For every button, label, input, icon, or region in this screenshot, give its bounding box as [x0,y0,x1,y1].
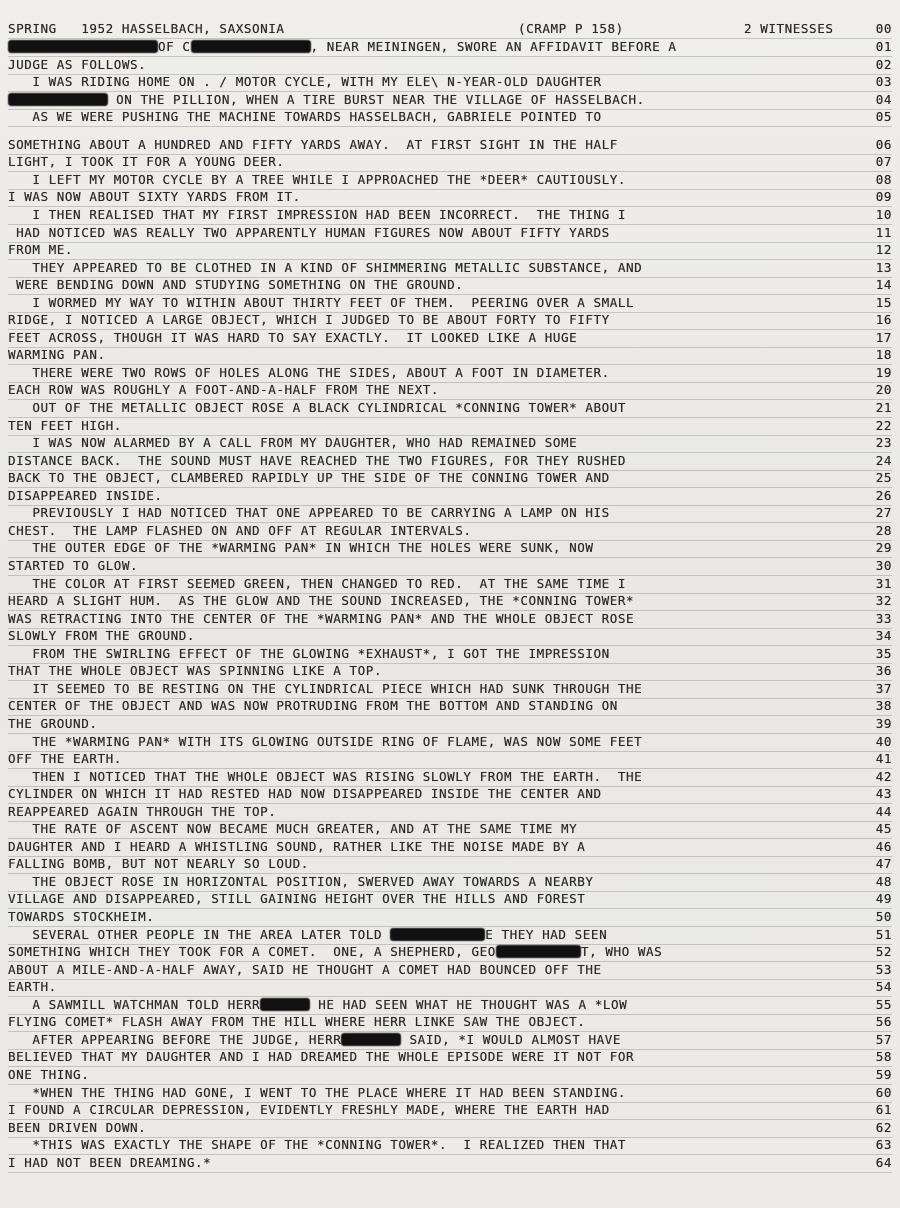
document-line: I WAS NOW ABOUT SIXTY YARDS FROM IT.09 [8,188,892,207]
line-number: 61 [876,1101,892,1119]
line-text: WARMING PAN. [8,346,106,364]
document-line: FEET ACROSS, THOUGH IT WAS HARD TO SAY E… [8,329,892,348]
line-number: 48 [876,873,892,891]
document-line: THEY APPEARED TO BE CLOTHED IN A KIND OF… [8,259,892,278]
document-line: THE RATE OF ASCENT NOW BECAME MUCH GREAT… [8,820,892,839]
document-line: VILLAGE AND DISAPPEARED, STILL GAINING H… [8,890,892,909]
line-number: 22 [876,417,892,435]
document-line: DISAPPEARED INSIDE.26 [8,487,892,506]
document-line: ABOUT A MILE-AND-A-HALF AWAY, SAID HE TH… [8,961,892,980]
redaction-block [260,998,310,1011]
line-text: CYLINDER ON WHICH IT HAD RESTED HAD NOW … [8,785,602,803]
document-line: EACH ROW WAS ROUGHLY A FOOT-AND-A-HALF F… [8,381,892,400]
line-number: 23 [876,434,892,452]
line-number: 05 [876,108,892,126]
line-text: THE OUTER EDGE OF THE *WARMING PAN* IN W… [8,539,594,557]
line-number: 52 [876,943,892,961]
line-text: I WAS NOW ALARMED BY A CALL FROM MY DAUG… [8,434,577,452]
line-text: SEVERAL OTHER PEOPLE IN THE AREA LATER T… [8,926,607,944]
line-number: 15 [876,294,892,312]
line-number: 21 [876,399,892,417]
document-line: REAPPEARED AGAIN THROUGH THE TOP.44 [8,803,892,822]
line-number: 12 [876,241,892,259]
line-text: EARTH. [8,978,57,996]
document-line: SOMETHING ABOUT A HUNDRED AND FIFTY YARD… [8,136,892,155]
document-line: THEN I NOTICED THAT THE WHOLE OBJECT WAS… [8,768,892,787]
line-number: 34 [876,627,892,645]
line-number: 24 [876,452,892,470]
redaction-block [496,945,581,958]
line-text: FLYING COMET* FLASH AWAY FROM THE HILL W… [8,1013,585,1031]
line-text: REAPPEARED AGAIN THROUGH THE TOP. [8,803,276,821]
line-number: 13 [876,259,892,277]
document-line: ONE THING.59 [8,1066,892,1085]
line-text: I LEFT MY MOTOR CYCLE BY A TREE WHILE I … [8,171,626,189]
document-line: AFTER APPEARING BEFORE THE JUDGE, HERR S… [8,1031,892,1050]
document-line: HEARD A SLIGHT HUM. AS THE GLOW AND THE … [8,592,892,611]
line-text: ONE THING. [8,1066,89,1084]
line-text: BELIEVED THAT MY DAUGHTER AND I HAD DREA… [8,1048,634,1066]
line-text: I WAS RIDING HOME ON . / MOTOR CYCLE, WI… [8,73,602,91]
document-line: BELIEVED THAT MY DAUGHTER AND I HAD DREA… [8,1048,892,1067]
line-text: OUT OF THE METALLIC OBJECT ROSE A BLACK … [8,399,626,417]
document-line: THERE WERE TWO ROWS OF HOLES ALONG THE S… [8,364,892,383]
line-number: 49 [876,890,892,908]
line-text: EACH ROW WAS ROUGHLY A FOOT-AND-A-HALF F… [8,381,439,399]
line-text: AFTER APPEARING BEFORE THE JUDGE, HERR S… [8,1031,621,1049]
line-number: 10 [876,206,892,224]
header-witnesses: 2 WITNESSES [744,20,833,38]
line-text: OFF THE EARTH. [8,750,122,768]
line-number: 16 [876,311,892,329]
line-text: SOMETHING WHICH THEY TOOK FOR A COMET. O… [8,943,662,961]
line-text: I FOUND A CIRCULAR DEPRESSION, EVIDENTLY… [8,1101,610,1119]
line-number: 55 [876,996,892,1014]
line-number: 57 [876,1031,892,1049]
line-text: THEN I NOTICED THAT THE WHOLE OBJECT WAS… [8,768,642,786]
line-number: 32 [876,592,892,610]
document-line: RIDGE, I NOTICED A LARGE OBJECT, WHICH I… [8,311,892,330]
line-text: THEY APPEARED TO BE CLOTHED IN A KIND OF… [8,259,642,277]
redaction-block [8,93,108,106]
document-line: WARMING PAN.18 [8,346,892,365]
redaction-block [8,40,158,53]
line-text: VILLAGE AND DISAPPEARED, STILL GAINING H… [8,890,585,908]
line-number: 56 [876,1013,892,1031]
line-number: 25 [876,469,892,487]
document-line: OF C, NEAR MEININGEN, SWORE AN AFFIDAVIT… [8,38,892,57]
line-number: 60 [876,1084,892,1102]
line-text: I WORMED MY WAY TO WITHIN ABOUT THIRTY F… [8,294,634,312]
document-line: CYLINDER ON WHICH IT HAD RESTED HAD NOW … [8,785,892,804]
line-text: SLOWLY FROM THE GROUND. [8,627,195,645]
header-title: SPRING 1952 HASSELBACH, SAXSONIA [8,20,285,38]
line-text: TOWARDS STOCKHEIM. [8,908,154,926]
line-text: BEEN DRIVEN DOWN. [8,1119,146,1137]
document-line: *THIS WAS EXACTLY THE SHAPE OF THE *CONN… [8,1136,892,1155]
line-number: 59 [876,1066,892,1084]
line-number: 07 [876,153,892,171]
line-number: 26 [876,487,892,505]
line-number: 28 [876,522,892,540]
document-line: OUT OF THE METALLIC OBJECT ROSE A BLACK … [8,399,892,418]
document-line: THE *WARMING PAN* WITH ITS GLOWING OUTSI… [8,733,892,752]
line-number: 64 [876,1154,892,1172]
line-number: 33 [876,610,892,628]
document-line: I HAD NOT BEEN DREAMING.*64 [8,1154,892,1173]
line-number: 17 [876,329,892,347]
document-line: STARTED TO GLOW.30 [8,557,892,576]
document-line: BACK TO THE OBJECT, CLAMBERED RAPIDLY UP… [8,469,892,488]
document-line: I WAS NOW ALARMED BY A CALL FROM MY DAUG… [8,434,892,453]
document-page: SPRING 1952 HASSELBACH, SAXSONIA (CRAMP … [0,0,900,1208]
line-number: 00 [876,20,892,38]
line-text: THE GROUND. [8,715,97,733]
line-text: ABOUT A MILE-AND-A-HALF AWAY, SAID HE TH… [8,961,602,979]
document-line: WAS RETRACTING INTO THE CENTER OF THE *W… [8,610,892,629]
document-line: OFF THE EARTH.41 [8,750,892,769]
line-number: 41 [876,750,892,768]
line-text: FROM ME. [8,241,73,259]
document-line: THE GROUND.39 [8,715,892,734]
line-number: 35 [876,645,892,663]
line-text: WAS RETRACTING INTO THE CENTER OF THE *W… [8,610,634,628]
document-line: THAT THE WHOLE OBJECT WAS SPINNING LIKE … [8,662,892,681]
line-number: 36 [876,662,892,680]
line-text: I WAS NOW ABOUT SIXTY YARDS FROM IT. [8,188,301,206]
line-text: RIDGE, I NOTICED A LARGE OBJECT, WHICH I… [8,311,610,329]
document-line: I LEFT MY MOTOR CYCLE BY A TREE WHILE I … [8,171,892,190]
document-line: FLYING COMET* FLASH AWAY FROM THE HILL W… [8,1013,892,1032]
line-number: 02 [876,56,892,74]
document-line: AS WE WERE PUSHING THE MACHINE TOWARDS H… [8,108,892,127]
line-text: ON THE PILLION, WHEN A TIRE BURST NEAR T… [8,91,645,109]
line-number: 44 [876,803,892,821]
line-number: 06 [876,136,892,154]
line-text: HEARD A SLIGHT HUM. AS THE GLOW AND THE … [8,592,634,610]
document-line: THE COLOR AT FIRST SEEMED GREEN, THEN CH… [8,575,892,594]
line-text: I THEN REALISED THAT MY FIRST IMPRESSION… [8,206,626,224]
document-line: HAD NOTICED WAS REALLY TWO APPARENTLY HU… [8,224,892,243]
document-line: I WORMED MY WAY TO WITHIN ABOUT THIRTY F… [8,294,892,313]
document-line: I THEN REALISED THAT MY FIRST IMPRESSION… [8,206,892,225]
document-line: TEN FEET HIGH.22 [8,417,892,436]
document-line: JUDGE AS FOLLOWS.02 [8,56,892,75]
document-line: DISTANCE BACK. THE SOUND MUST HAVE REACH… [8,452,892,471]
line-number: 53 [876,961,892,979]
line-number: 51 [876,926,892,944]
line-number: 29 [876,539,892,557]
line-text: SOMETHING ABOUT A HUNDRED AND FIFTY YARD… [8,136,618,154]
document-line: SLOWLY FROM THE GROUND.34 [8,627,892,646]
document-line: ON THE PILLION, WHEN A TIRE BURST NEAR T… [8,91,892,110]
document-line: PREVIOUSLY I HAD NOTICED THAT ONE APPEAR… [8,504,892,523]
line-text: FROM THE SWIRLING EFFECT OF THE GLOWING … [8,645,610,663]
document-line: *WHEN THE THING HAD GONE, I WENT TO THE … [8,1084,892,1103]
redaction-block [341,1033,401,1046]
line-number: 39 [876,715,892,733]
line-number: 19 [876,364,892,382]
line-number: 08 [876,171,892,189]
document-line: THE OUTER EDGE OF THE *WARMING PAN* IN W… [8,539,892,558]
line-number: 43 [876,785,892,803]
line-number: 11 [876,224,892,242]
document-line: THE OBJECT ROSE IN HORIZONTAL POSITION, … [8,873,892,892]
document-line: FROM ME.12 [8,241,892,260]
document-line: SEVERAL OTHER PEOPLE IN THE AREA LATER T… [8,926,892,945]
line-number: 37 [876,680,892,698]
line-number: 01 [876,38,892,56]
redaction-block [191,40,311,53]
line-text: DISAPPEARED INSIDE. [8,487,163,505]
line-text: I HAD NOT BEEN DREAMING.* [8,1154,211,1172]
line-number: 58 [876,1048,892,1066]
line-text: TEN FEET HIGH. [8,417,122,435]
line-number: 20 [876,381,892,399]
redaction-block [390,928,485,941]
document-line: DAUGHTER AND I HEARD A WHISTLING SOUND, … [8,838,892,857]
line-number: 42 [876,768,892,786]
line-text: THE RATE OF ASCENT NOW BECAME MUCH GREAT… [8,820,577,838]
document-line: I WAS RIDING HOME ON . / MOTOR CYCLE, WI… [8,73,892,92]
document-line: CENTER OF THE OBJECT AND WAS NOW PROTRUD… [8,697,892,716]
line-number: 54 [876,978,892,996]
line-text: CENTER OF THE OBJECT AND WAS NOW PROTRUD… [8,697,618,715]
line-number: 40 [876,733,892,751]
line-number: 63 [876,1136,892,1154]
line-number: 45 [876,820,892,838]
document-line: LIGHT, I TOOK IT FOR A YOUNG DEER.07 [8,153,892,172]
line-text: *THIS WAS EXACTLY THE SHAPE OF THE *CONN… [8,1136,626,1154]
line-text: THERE WERE TWO ROWS OF HOLES ALONG THE S… [8,364,610,382]
line-text: JUDGE AS FOLLOWS. [8,56,146,74]
line-number: 14 [876,276,892,294]
line-text: FEET ACROSS, THOUGH IT WAS HARD TO SAY E… [8,329,577,347]
line-number: 31 [876,575,892,593]
line-number: 38 [876,697,892,715]
header-line: SPRING 1952 HASSELBACH, SAXSONIA (CRAMP … [8,20,892,39]
line-text: THE OBJECT ROSE IN HORIZONTAL POSITION, … [8,873,594,891]
line-text: *WHEN THE THING HAD GONE, I WENT TO THE … [8,1084,626,1102]
line-text: DAUGHTER AND I HEARD A WHISTLING SOUND, … [8,838,585,856]
line-text: CHEST. THE LAMP FLASHED ON AND OFF AT RE… [8,522,472,540]
line-number: 03 [876,73,892,91]
document-line: I FOUND A CIRCULAR DEPRESSION, EVIDENTLY… [8,1101,892,1120]
document-line: BEEN DRIVEN DOWN.62 [8,1119,892,1138]
line-number: 47 [876,855,892,873]
line-text: PREVIOUSLY I HAD NOTICED THAT ONE APPEAR… [8,504,610,522]
line-number: 18 [876,346,892,364]
line-text: BACK TO THE OBJECT, CLAMBERED RAPIDLY UP… [8,469,610,487]
line-text: STARTED TO GLOW. [8,557,138,575]
document-line: TOWARDS STOCKHEIM.50 [8,908,892,927]
line-text: A SAWMILL WATCHMAN TOLD HERR HE HAD SEEN… [8,996,627,1014]
line-text: THE *WARMING PAN* WITH ITS GLOWING OUTSI… [8,733,642,751]
document-line: IT SEEMED TO BE RESTING ON THE CYLINDRIC… [8,680,892,699]
document-line: SOMETHING WHICH THEY TOOK FOR A COMET. O… [8,943,892,962]
document-line: FALLING BOMB, BUT NOT NEARLY SO LOUD.47 [8,855,892,874]
line-number: 50 [876,908,892,926]
document-line: EARTH.54 [8,978,892,997]
document-line: A SAWMILL WATCHMAN TOLD HERR HE HAD SEEN… [8,996,892,1015]
line-text: THAT THE WHOLE OBJECT WAS SPINNING LIKE … [8,662,382,680]
line-text: IT SEEMED TO BE RESTING ON THE CYLINDRIC… [8,680,642,698]
line-number: 46 [876,838,892,856]
line-text: DISTANCE BACK. THE SOUND MUST HAVE REACH… [8,452,626,470]
line-text: OF C, NEAR MEININGEN, SWORE AN AFFIDAVIT… [8,38,676,56]
line-text: THE COLOR AT FIRST SEEMED GREEN, THEN CH… [8,575,626,593]
line-text: AS WE WERE PUSHING THE MACHINE TOWARDS H… [8,108,602,126]
document-line: FROM THE SWIRLING EFFECT OF THE GLOWING … [8,645,892,664]
document-line: CHEST. THE LAMP FLASHED ON AND OFF AT RE… [8,522,892,541]
line-number: 62 [876,1119,892,1137]
line-number: 30 [876,557,892,575]
line-number: 09 [876,188,892,206]
line-text: FALLING BOMB, BUT NOT NEARLY SO LOUD. [8,855,309,873]
line-number: 27 [876,504,892,522]
document-line: WERE BENDING DOWN AND STUDYING SOMETHING… [8,276,892,295]
line-text: LIGHT, I TOOK IT FOR A YOUNG DEER. [8,153,285,171]
line-text: HAD NOTICED WAS REALLY TWO APPARENTLY HU… [8,224,610,242]
header-reference: (CRAMP P 158) [518,20,624,38]
line-number: 04 [876,91,892,109]
line-text: WERE BENDING DOWN AND STUDYING SOMETHING… [8,276,463,294]
